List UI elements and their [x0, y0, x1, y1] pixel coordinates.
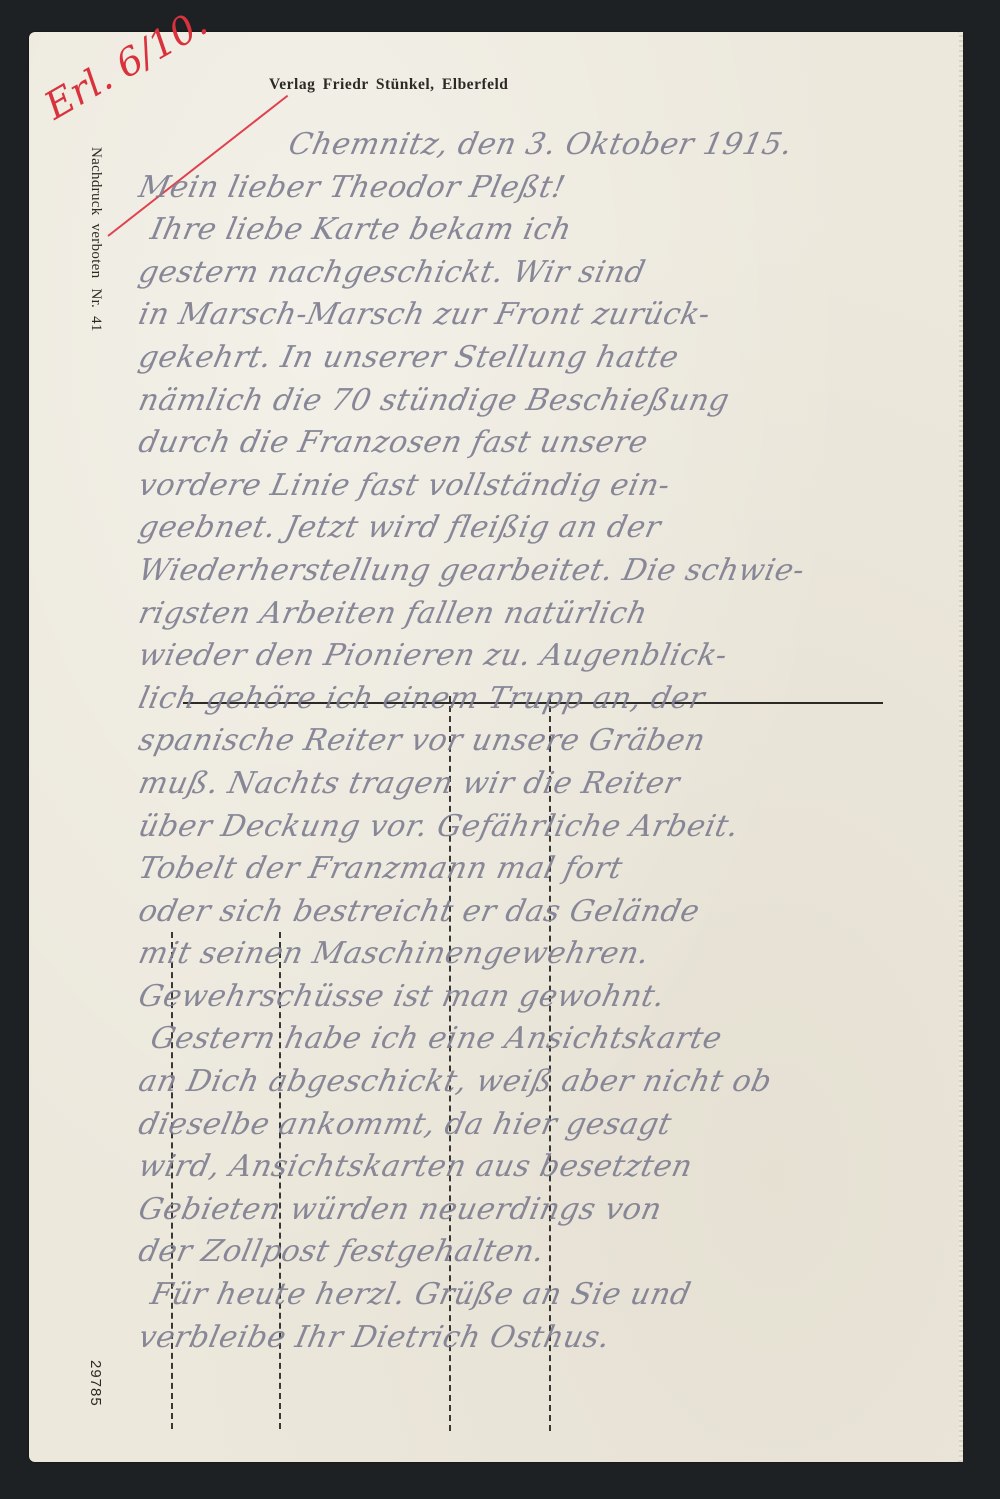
handwritten-letter: Chemnitz, den 3. Oktober 1915. Mein lieb…: [139, 124, 979, 1359]
serial-number: 29785: [87, 1360, 104, 1407]
letter-signature: verbleibe Ihr Dietrich Osthus.: [134, 1317, 983, 1360]
card-number: Nr. 41: [88, 288, 104, 331]
letter-line: spanische Reiter vor unsere Gräben: [134, 720, 983, 763]
letter-line: oder sich bestreicht er das Gelände: [134, 891, 983, 934]
letter-line: der Zollpost festgehalten.: [134, 1231, 983, 1274]
reprint-notice-text: Nachdruck verboten: [88, 147, 104, 278]
letter-closing: Für heute herzl. Grüße an Sie und: [134, 1274, 983, 1317]
red-pencil-annotation: Erl. 6/10.: [37, 0, 215, 128]
letter-line: Gestern habe ich eine Ansichtskarte: [134, 1018, 983, 1061]
letter-line: dieselbe ankommt, da hier gesagt: [134, 1104, 983, 1147]
letter-line: gekehrt. In unserer Stellung hatte: [134, 337, 983, 380]
letter-line: nämlich die 70 stündige Beschießung: [134, 380, 983, 423]
letter-line: Gewehrschüsse ist man gewohnt.: [134, 976, 983, 1019]
letter-line: gestern nachgeschickt. Wir sind: [134, 252, 983, 295]
letter-line: in Marsch-Marsch zur Front zurück-: [134, 294, 983, 337]
letter-line: wird, Ansichtskarten aus besetzten: [134, 1146, 983, 1189]
letter-line: geebnet. Jetzt wird fleißig an der: [134, 507, 983, 550]
letter-line: vordere Linie fast vollständig ein-: [134, 465, 983, 508]
letter-dateline: Chemnitz, den 3. Oktober 1915.: [134, 124, 983, 167]
letter-line: mit seinen Maschinengewehren.: [134, 933, 983, 976]
letter-line: an Dich abgeschickt, weiß aber nicht ob: [134, 1061, 983, 1104]
letter-line: Ihre liebe Karte bekam ich: [134, 209, 983, 252]
postcard-back: Verlag Friedr Stünkel, Elberfeld Nachdru…: [29, 32, 961, 1462]
reprint-notice: Nachdruck verbotenNr. 41: [87, 147, 104, 332]
publisher-imprint: Verlag Friedr Stünkel, Elberfeld: [269, 76, 508, 94]
letter-line: rigsten Arbeiten fallen natürlich: [134, 593, 983, 636]
letter-line: wieder den Pionieren zu. Augenblick-: [134, 635, 983, 678]
letter-salutation: Mein lieber Theodor Pleßt!: [134, 167, 983, 210]
letter-line: Tobelt der Franzmann mal fort: [134, 848, 983, 891]
letter-line: muß. Nachts tragen wir die Reiter: [134, 763, 983, 806]
letter-line: Wiederherstellung gearbeitet. Die schwie…: [134, 550, 983, 593]
letter-line: Gebieten würden neuerdings von: [134, 1189, 983, 1232]
letter-line: über Deckung vor. Gefährliche Arbeit.: [134, 806, 983, 849]
letter-line: lich gehöre ich einem Trupp an, der: [134, 678, 983, 721]
letter-line: durch die Franzosen fast unsere: [134, 422, 983, 465]
